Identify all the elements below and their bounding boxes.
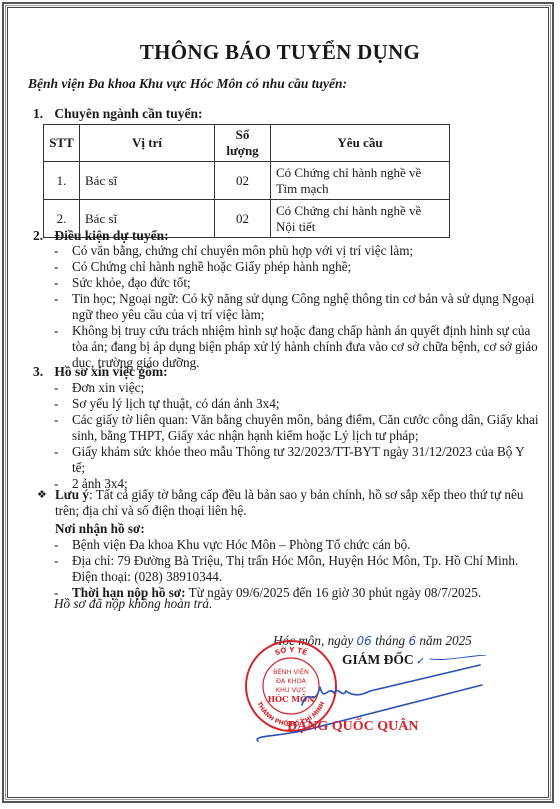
section-title: Chuyên ngành cần tuyển:	[54, 106, 202, 121]
header-requirement: Yêu cầu	[271, 125, 450, 162]
note-text: : Tất cả giấy tờ bằng cấp đều là bản sao…	[55, 487, 523, 518]
list-item: -Giấy khám sức khỏe theo mẫu Thông tư 32…	[50, 444, 540, 476]
list-item: -Tin học; Ngoại ngữ: Có kỹ năng sử dụng …	[50, 291, 540, 323]
list-item: -Sức khỏe, đạo đức tốt;	[50, 275, 540, 291]
document-title: THÔNG BÁO TUYỂN DỤNG	[0, 40, 560, 65]
note-block: ❖ Lưu ý: Tất cả giấy tờ bằng cấp đều là …	[37, 487, 537, 519]
cell-requirement: Có Chứng chỉ hành nghề về Tim mạch	[271, 162, 450, 200]
section-number: 2.	[33, 228, 51, 244]
signer-name: ĐẶNG QUỐC QUÂN	[287, 719, 418, 735]
header-position: Vị trí	[80, 125, 215, 162]
section-2-heading: 2. Điều kiện dự tuyển:	[33, 228, 169, 244]
section-3-heading: 3. Hồ sơ xin việc gồm:	[33, 364, 168, 380]
note-label: Lưu ý	[55, 487, 89, 502]
cell-quantity: 02	[215, 200, 271, 238]
header-stt: STT	[44, 125, 80, 162]
table-header-row: STT Vị trí Số lượng Yêu cầu	[44, 125, 450, 162]
section-title: Hồ sơ xin việc gồm:	[54, 364, 167, 379]
list-item: -Có Chứng chỉ hành nghề hoặc Giấy phép h…	[50, 259, 540, 275]
intro-text: Bệnh viện Đa khoa Khu vực Hóc Môn có nhu…	[28, 76, 347, 92]
documents-list: -Đơn xin việc; -Sơ yếu lý lịch tự thuật,…	[50, 380, 540, 492]
list-item: -Bệnh viện Đa khoa Khu vực Hóc Môn – Phò…	[50, 537, 540, 553]
receive-heading: Nơi nhận hồ sơ:	[55, 521, 145, 537]
conditions-list: -Có văn bằng, chứng chỉ chuyên môn phù h…	[50, 243, 540, 371]
section-number: 3.	[33, 364, 51, 380]
section-title: Điều kiện dự tuyển:	[54, 228, 168, 243]
section-1-heading: 1. Chuyên ngành cần tuyển:	[33, 106, 203, 122]
receive-list: -Bệnh viện Đa khoa Khu vực Hóc Môn – Phò…	[50, 537, 540, 601]
diamond-bullet-icon: ❖	[37, 487, 47, 503]
list-item: -Địa chỉ: 79 Đường Bà Triệu, Thị trấn Hó…	[50, 553, 540, 585]
list-item: -Đơn xin việc;	[50, 380, 540, 396]
section-number: 1.	[33, 106, 51, 122]
header-quantity: Số lượng	[215, 125, 271, 162]
list-item: -Sơ yếu lý lịch tự thuật, có dán ảnh 3x4…	[50, 396, 540, 412]
cell-position: Bác sĩ	[80, 162, 215, 200]
final-note: Hồ sơ đã nộp không hoàn trả.	[54, 596, 212, 612]
cell-stt: 1.	[44, 162, 80, 200]
list-item: -Có văn bằng, chứng chỉ chuyên môn phù h…	[50, 243, 540, 259]
list-item: -Các giấy tờ liên quan: Văn bằng chuyên …	[50, 412, 540, 444]
handwritten-day: 06	[357, 634, 372, 648]
positions-table: STT Vị trí Số lượng Yêu cầu 1. Bác sĩ 02…	[43, 124, 450, 238]
handwritten-month: 6	[408, 634, 416, 648]
table-row: 1. Bác sĩ 02 Có Chứng chỉ hành nghề về T…	[44, 162, 450, 200]
cell-quantity: 02	[215, 162, 271, 200]
cell-requirement: Có Chứng chỉ hành nghề về Nội tiết	[271, 200, 450, 238]
